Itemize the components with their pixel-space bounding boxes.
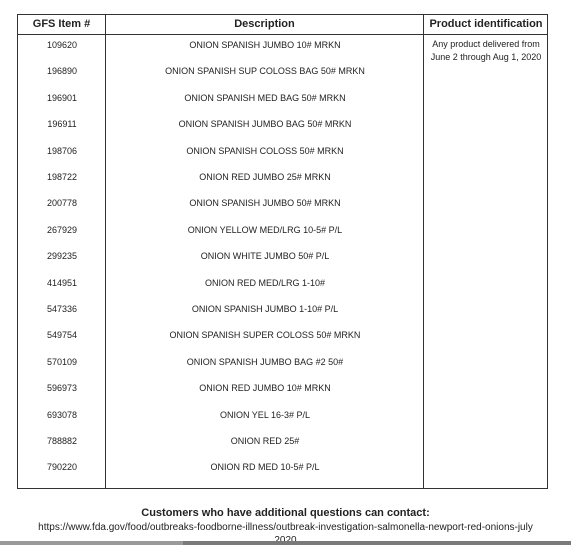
header-description: Description: [106, 15, 423, 34]
header-gfs-item: GFS Item #: [18, 15, 105, 34]
gfs-item-number: 196901: [18, 91, 106, 105]
table-row: 549754ONION SPANISH SUPER COLOSS 50# MRK…: [18, 328, 547, 342]
item-description: ONION SPANISH COLOSS 50# MRKN: [106, 144, 424, 158]
item-description: ONION SPANISH SUP COLOSS BAG 50# MRKN: [106, 64, 424, 78]
gfs-item-number: 596973: [18, 381, 106, 395]
table-row: 547336ONION SPANISH JUMBO 1-10# P/L: [18, 302, 547, 316]
gfs-item-number: 109620: [18, 38, 106, 52]
product-identification-cell: Any product delivered from June 2 throug…: [424, 38, 548, 64]
table-row: 196911ONION SPANISH JUMBO BAG 50# MRKN: [18, 117, 547, 131]
recall-table: GFS Item # Description Product identific…: [17, 14, 548, 489]
gfs-item-number: 547336: [18, 302, 106, 316]
gfs-item-number: 788882: [18, 434, 106, 448]
item-description: ONION RED MED/LRG 1-10#: [106, 276, 424, 290]
scrollbar-thumb[interactable]: [0, 541, 183, 545]
gfs-item-number: 693078: [18, 408, 106, 422]
item-description: ONION SPANISH JUMBO 1-10# P/L: [106, 302, 424, 316]
gfs-item-number: 196890: [18, 64, 106, 78]
gfs-item-number: 196911: [18, 117, 106, 131]
item-description: ONION RED 25#: [106, 434, 424, 448]
contact-heading: Customers who have additional questions …: [0, 507, 571, 519]
item-description: ONION WHITE JUMBO 50# P/L: [106, 249, 424, 263]
gfs-item-number: 549754: [18, 328, 106, 342]
header-divider: [18, 34, 547, 35]
gfs-item-number: 267929: [18, 223, 106, 237]
gfs-item-number: 790220: [18, 460, 106, 474]
table-row: 200778ONION SPANISH JUMBO 50# MRKN: [18, 196, 547, 210]
table-row: 198722ONION RED JUMBO 25# MRKN: [18, 170, 547, 184]
item-description: ONION SPANISH JUMBO BAG 50# MRKN: [106, 117, 424, 131]
item-description: ONION SPANISH SUPER COLOSS 50# MRKN: [106, 328, 424, 342]
item-description: ONION SPANISH MED BAG 50# MRKN: [106, 91, 424, 105]
item-description: ONION RED JUMBO 10# MRKN: [106, 381, 424, 395]
gfs-item-number: 570109: [18, 355, 106, 369]
gfs-item-number: 198706: [18, 144, 106, 158]
table-row: 299235ONION WHITE JUMBO 50# P/L: [18, 249, 547, 263]
item-description: ONION YEL 16-3# P/L: [106, 408, 424, 422]
gfs-item-number: 299235: [18, 249, 106, 263]
item-description: ONION SPANISH JUMBO 10# MRKN: [106, 38, 424, 52]
table-row: 596973ONION RED JUMBO 10# MRKN: [18, 381, 547, 395]
table-row: 196901ONION SPANISH MED BAG 50# MRKN: [18, 91, 547, 105]
table-row: 196890ONION SPANISH SUP COLOSS BAG 50# M…: [18, 64, 547, 78]
gfs-item-number: 198722: [18, 170, 106, 184]
fda-link[interactable]: https://www.fda.gov/food/outbreaks-foodb…: [0, 522, 571, 533]
header-product-identification: Product identification: [424, 15, 548, 34]
item-description: ONION RED JUMBO 25# MRKN: [106, 170, 424, 184]
table-row: 790220ONION RD MED 10-5# P/L: [18, 460, 547, 474]
table-row: 198706ONION SPANISH COLOSS 50# MRKN: [18, 144, 547, 158]
item-description: ONION RD MED 10-5# P/L: [106, 460, 424, 474]
table-row: 414951ONION RED MED/LRG 1-10#: [18, 276, 547, 290]
table-row: 788882ONION RED 25#: [18, 434, 547, 448]
item-description: ONION SPANISH JUMBO BAG #2 50#: [106, 355, 424, 369]
gfs-item-number: 200778: [18, 196, 106, 210]
item-description: ONION YELLOW MED/LRG 10-5# P/L: [106, 223, 424, 237]
table-row: 693078ONION YEL 16-3# P/L: [18, 408, 547, 422]
table-row: 570109ONION SPANISH JUMBO BAG #2 50#: [18, 355, 547, 369]
item-description: ONION SPANISH JUMBO 50# MRKN: [106, 196, 424, 210]
gfs-item-number: 414951: [18, 276, 106, 290]
table-row: 267929ONION YELLOW MED/LRG 10-5# P/L: [18, 223, 547, 237]
bottom-scrollbar[interactable]: [0, 541, 571, 545]
